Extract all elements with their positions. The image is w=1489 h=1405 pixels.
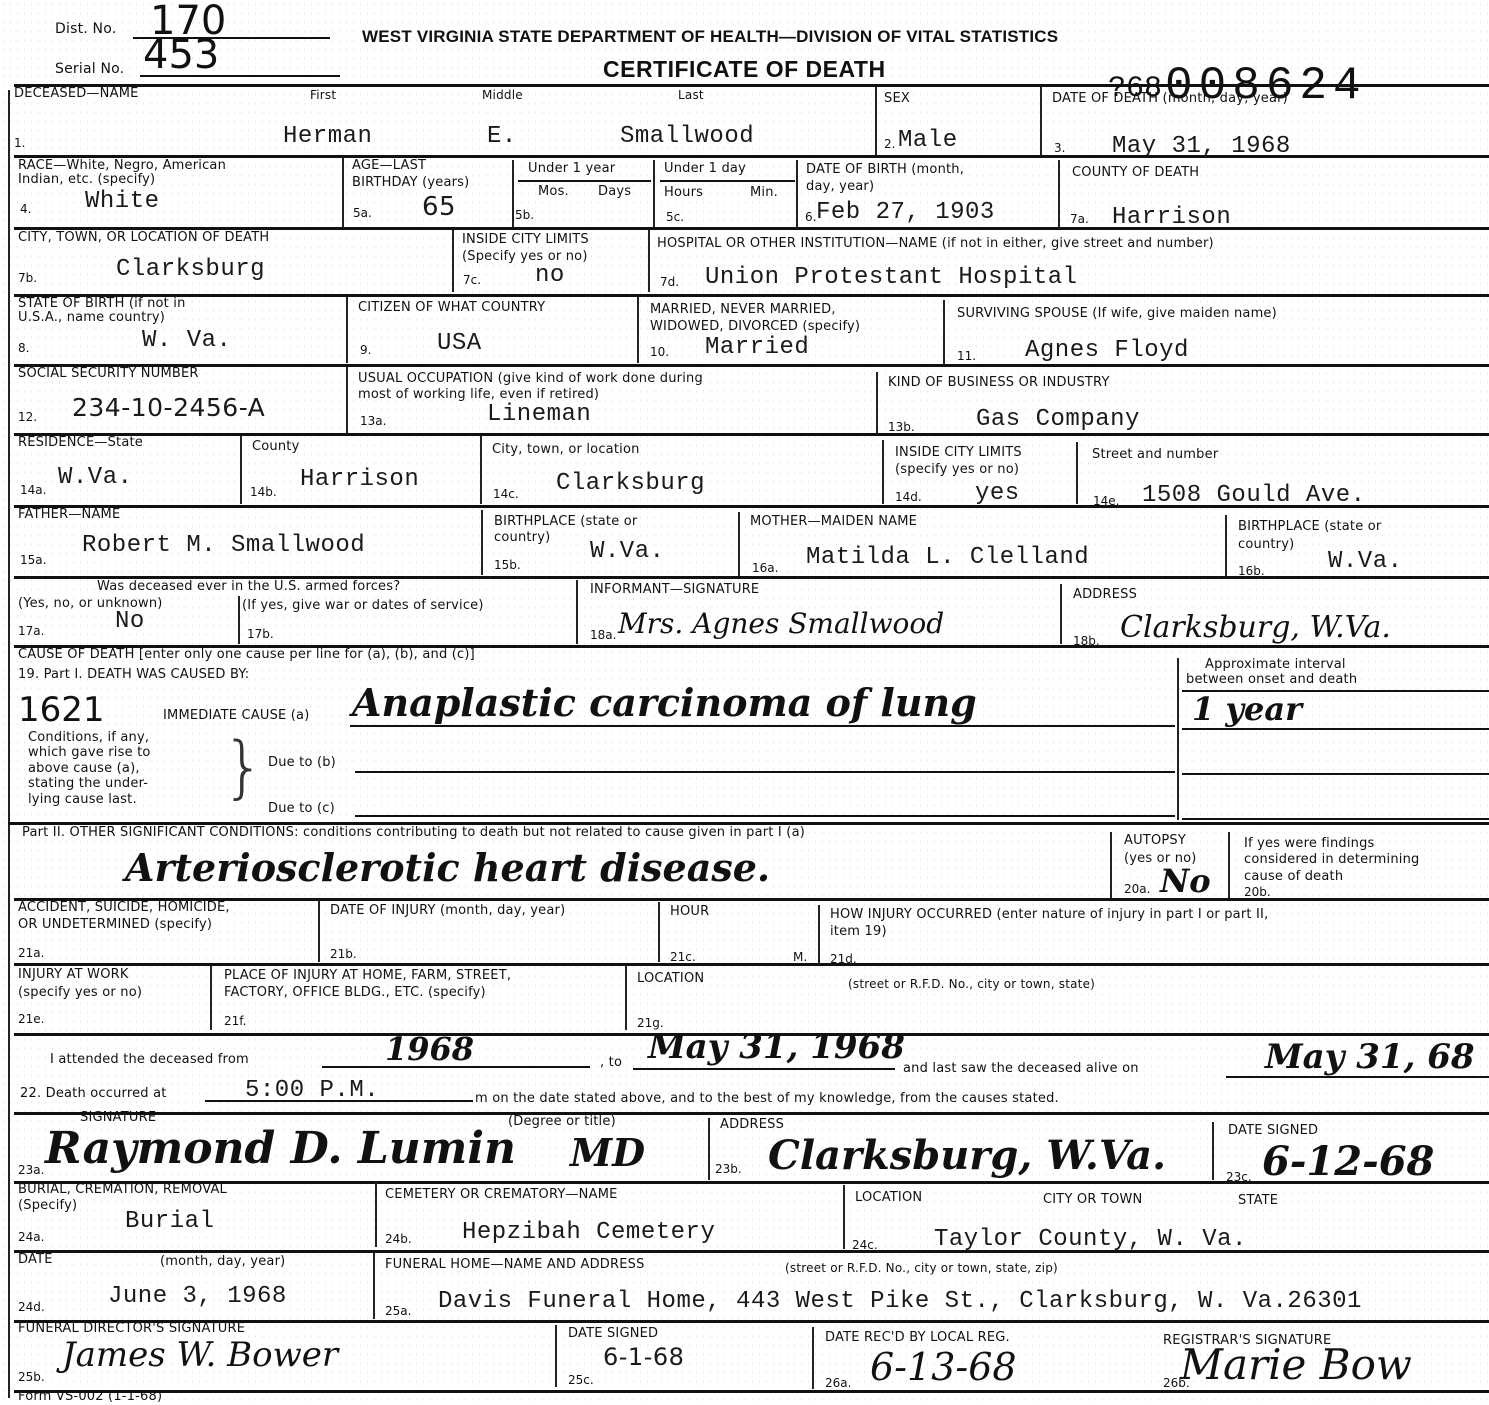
father-birthplace-field[interactable]: W.Va. bbox=[590, 538, 665, 565]
divider bbox=[658, 902, 660, 962]
divider bbox=[452, 230, 454, 292]
field-number: 24d. bbox=[18, 1300, 45, 1314]
place-of-injury-label: PLACE OF INJURY AT HOME, FARM, STREET, bbox=[224, 969, 511, 983]
city-of-death-label: CITY, TOWN, OR LOCATION OF DEATH bbox=[18, 231, 269, 245]
form-id: Form VS-002 (1-1-68) bbox=[18, 1390, 162, 1404]
informant-address-label: ADDRESS bbox=[1073, 588, 1137, 602]
physician-address-label: ADDRESS bbox=[720, 1118, 784, 1132]
divider bbox=[512, 160, 514, 228]
inside-city-limits-label-sub: (Specify yes or no) bbox=[462, 250, 588, 264]
hour-suffix: M. bbox=[793, 950, 807, 964]
field-number: 1. bbox=[14, 136, 25, 150]
frame-left bbox=[8, 90, 10, 1398]
injury-location-label: LOCATION bbox=[637, 972, 704, 986]
armed-forces-field[interactable]: No bbox=[115, 608, 145, 635]
field-number: 25b. bbox=[18, 1370, 45, 1384]
divider bbox=[210, 966, 212, 1030]
row-divider bbox=[14, 1112, 1489, 1115]
divider bbox=[818, 905, 820, 963]
brace-icon: } bbox=[222, 730, 265, 806]
race-label: RACE—White, Negro, American bbox=[18, 159, 226, 173]
field-number: 21f. bbox=[224, 1014, 246, 1028]
attended-text: I attended the deceased from bbox=[50, 1053, 249, 1067]
divider bbox=[1182, 773, 1489, 775]
last-name-field[interactable]: Smallwood bbox=[620, 123, 754, 150]
injury-at-work-label: INJURY AT WORK bbox=[18, 968, 129, 982]
field-number: 18a. bbox=[590, 628, 616, 642]
how-injury-label: HOW INJURY OCCURRED (enter nature of inj… bbox=[830, 908, 1268, 922]
conditions-note: stating the under- bbox=[28, 777, 148, 791]
burial-date-hint: (month, day, year) bbox=[160, 1255, 285, 1269]
business-field[interactable]: Gas Company bbox=[976, 406, 1140, 433]
cause-a-line bbox=[350, 725, 1175, 727]
immediate-cause-field[interactable]: Anaplastic carcinoma of lung bbox=[352, 680, 977, 725]
conditions-note: Conditions, if any, bbox=[28, 731, 149, 745]
under-1-day-label: Under 1 day bbox=[664, 162, 746, 176]
funeral-home-label: FUNERAL HOME—NAME AND ADDRESS bbox=[385, 1258, 645, 1272]
row-divider bbox=[14, 505, 1489, 508]
burial-state-label: STATE bbox=[1238, 1194, 1278, 1208]
findings-label: cause of death bbox=[1244, 870, 1343, 884]
age-label-sub: BIRTHDAY (years) bbox=[352, 176, 469, 190]
citizen-label: CITIZEN OF WHAT COUNTRY bbox=[358, 301, 545, 315]
injury-location-hint: (street or R.F.D. No., city or town, sta… bbox=[848, 978, 1095, 991]
sex-field[interactable]: Male bbox=[898, 127, 958, 154]
registrar-signature[interactable]: Marie Bow bbox=[1180, 1340, 1412, 1389]
field-number: 21e. bbox=[18, 1012, 44, 1026]
divider bbox=[625, 966, 627, 1030]
divider bbox=[843, 1185, 845, 1249]
field-number: 20a. bbox=[1124, 882, 1150, 896]
funeral-director-signature[interactable]: James W. Bower bbox=[62, 1335, 338, 1375]
autopsy-field[interactable]: No bbox=[1160, 862, 1211, 900]
how-injury-label-sub: item 19) bbox=[830, 925, 887, 939]
father-name-label: FATHER—NAME bbox=[18, 508, 120, 522]
field-number: 16a. bbox=[752, 561, 778, 575]
race-field[interactable]: White bbox=[85, 188, 160, 215]
field-number: 21a. bbox=[18, 946, 44, 960]
field-number: 14c. bbox=[493, 487, 519, 501]
death-time-field[interactable]: 5:00 P.M. bbox=[245, 1077, 379, 1104]
armed-forces-question: Was deceased ever in the U.S. armed forc… bbox=[97, 580, 400, 594]
physician-signature[interactable]: Raymond D. Lumin bbox=[45, 1123, 516, 1174]
serial-no-label: Serial No. bbox=[55, 62, 124, 76]
sex-label: SEX bbox=[884, 92, 910, 106]
marital-status-field[interactable]: Married bbox=[705, 334, 809, 361]
mother-name-label: MOTHER—MAIDEN NAME bbox=[750, 515, 917, 529]
divider bbox=[1060, 584, 1062, 644]
county-of-death-label: COUNTY OF DEATH bbox=[1072, 166, 1199, 180]
city-of-death-field[interactable]: Clarksburg bbox=[116, 256, 265, 283]
days-label: Days bbox=[598, 185, 631, 199]
residence-inside-limits-label: INSIDE CITY LIMITS bbox=[895, 446, 1022, 460]
citizen-field[interactable]: USA bbox=[437, 330, 482, 357]
first-name-field[interactable]: Herman bbox=[283, 123, 372, 150]
field-number: 5c. bbox=[666, 210, 684, 224]
state-of-birth-label: STATE OF BIRTH (if not in bbox=[18, 297, 186, 311]
row-divider bbox=[14, 294, 1489, 297]
field-number: 7b. bbox=[18, 271, 37, 285]
inside-city-limits-label: INSIDE CITY LIMITS bbox=[462, 233, 589, 247]
hours-label: Hours bbox=[664, 186, 703, 200]
divider bbox=[660, 180, 795, 182]
inside-city-limits-field[interactable]: no bbox=[535, 262, 565, 289]
last-label: Last bbox=[678, 89, 704, 102]
frame-top bbox=[14, 84, 1489, 87]
mother-name-field[interactable]: Matilda L. Clelland bbox=[806, 544, 1089, 571]
field-number: 17b. bbox=[247, 627, 274, 641]
divider bbox=[796, 160, 798, 228]
divider bbox=[882, 440, 884, 504]
field-number: 25a. bbox=[385, 1304, 411, 1318]
marital-status-label: MARRIED, NEVER MARRIED, bbox=[650, 303, 836, 317]
residence-county-field[interactable]: Harrison bbox=[300, 466, 419, 493]
date-of-birth-field[interactable]: Feb 27, 1903 bbox=[816, 199, 995, 226]
date-received-label: DATE REC'D BY LOCAL REG. bbox=[825, 1331, 1010, 1345]
divider bbox=[1177, 658, 1179, 820]
divider bbox=[342, 158, 344, 228]
field-number: 7d. bbox=[660, 275, 679, 289]
ssn-field[interactable]: 234-10-2456-A bbox=[72, 393, 265, 422]
interval-label: Approximate interval bbox=[1205, 658, 1346, 672]
field-number: 15a. bbox=[20, 553, 46, 567]
field-number: 6. bbox=[805, 210, 816, 224]
surviving-spouse-field[interactable]: Agnes Floyd bbox=[1025, 337, 1189, 364]
divider bbox=[346, 297, 348, 363]
field-number: 23b. bbox=[715, 1162, 742, 1176]
physician-date-signed-label: DATE SIGNED bbox=[1228, 1124, 1318, 1138]
divider bbox=[812, 1327, 814, 1389]
field-number: 5b. bbox=[515, 208, 534, 222]
divider bbox=[1040, 87, 1042, 155]
divider bbox=[653, 160, 655, 228]
mother-birthplace-field[interactable]: W.Va. bbox=[1328, 548, 1403, 575]
physician-address-field[interactable]: Clarksburg, W.Va. bbox=[768, 1132, 1166, 1179]
father-birthplace-label-sub: country) bbox=[494, 531, 550, 545]
cause-b-line[interactable] bbox=[355, 771, 1175, 773]
row-divider bbox=[14, 364, 1489, 367]
divider bbox=[1212, 1122, 1214, 1180]
date-received-field[interactable]: 6-13-68 bbox=[870, 1345, 1017, 1389]
date-of-death-label: DATE OF DEATH (month, day, year) bbox=[1052, 92, 1288, 106]
part-1-label: 19. Part I. DEATH WAS CAUSED BY: bbox=[18, 668, 249, 682]
burial-date-field[interactable]: June 3, 1968 bbox=[108, 1283, 287, 1310]
field-number: 21b. bbox=[330, 947, 357, 961]
residence-city-field[interactable]: Clarksburg bbox=[556, 470, 705, 497]
field-number: 23a. bbox=[18, 1163, 44, 1177]
residence-county-label: County bbox=[252, 440, 300, 454]
accident-label: ACCIDENT, SUICIDE, HOMICIDE, bbox=[18, 901, 230, 915]
field-number: 2. bbox=[884, 137, 895, 151]
father-birthplace-label: BIRTHPLACE (state or bbox=[494, 515, 637, 529]
divider bbox=[240, 436, 242, 504]
conditions-note: above cause (a), bbox=[28, 762, 140, 776]
hospital-label: HOSPITAL OR OTHER INSTITUTION—NAME (if n… bbox=[657, 237, 1214, 251]
field-number: 13a. bbox=[360, 414, 386, 428]
field-number: 24b. bbox=[385, 1232, 412, 1246]
deceased-name-label: DECEASED—NAME bbox=[14, 87, 139, 101]
field-number: 24a. bbox=[18, 1230, 44, 1244]
degree-label: (Degree or title) bbox=[508, 1115, 616, 1129]
divider bbox=[373, 1252, 375, 1319]
divider bbox=[876, 372, 878, 434]
age-field[interactable]: 65 bbox=[422, 192, 456, 222]
divider bbox=[1110, 832, 1112, 898]
state-of-birth-field[interactable]: W. Va. bbox=[142, 327, 231, 354]
field-number: 14b. bbox=[250, 485, 277, 499]
to-text: , to bbox=[600, 1056, 622, 1070]
row-divider bbox=[14, 1250, 1489, 1253]
row-divider bbox=[14, 155, 1489, 158]
divider bbox=[1182, 728, 1489, 730]
funeral-home-hint: (street or R.F.D. No., city or town, sta… bbox=[785, 1262, 1058, 1275]
divider bbox=[637, 297, 639, 363]
divider bbox=[346, 367, 348, 433]
middle-name-field[interactable]: E. bbox=[487, 123, 517, 150]
date-of-injury-label: DATE OF INJURY (month, day, year) bbox=[330, 904, 565, 918]
mother-birthplace-label-sub: country) bbox=[1238, 538, 1294, 552]
divider bbox=[1058, 160, 1060, 228]
row-divider bbox=[14, 1390, 1489, 1393]
serial-no-value: 453 bbox=[143, 32, 219, 78]
field-number: 12. bbox=[18, 410, 37, 424]
due-to-b-label: Due to (b) bbox=[268, 756, 336, 770]
war-service-label: (If yes, give war or dates of service) bbox=[242, 599, 484, 613]
residence-inside-limits-label-sub: (specify yes or no) bbox=[895, 463, 1019, 477]
residence-state-field[interactable]: W.Va. bbox=[58, 464, 133, 491]
informant-address-field[interactable]: Clarksburg, W.Va. bbox=[1120, 610, 1391, 645]
date-of-birth-label-sub: day, year) bbox=[806, 180, 874, 194]
row-divider bbox=[14, 433, 1489, 436]
months-label: Mos. bbox=[538, 185, 569, 199]
field-number: 8. bbox=[18, 341, 29, 355]
field-number: 26a. bbox=[825, 1376, 851, 1390]
divider bbox=[318, 900, 320, 962]
field-number: 21c. bbox=[670, 950, 696, 964]
field-number: 13b. bbox=[888, 420, 915, 434]
row-divider bbox=[14, 898, 1489, 901]
field-number: 7a. bbox=[1070, 212, 1089, 226]
degree-field[interactable]: MD bbox=[570, 1130, 645, 1175]
field-number: 17a. bbox=[18, 624, 44, 638]
divider bbox=[1228, 832, 1230, 898]
disposition-field[interactable]: Burial bbox=[125, 1208, 214, 1235]
field-number: 20b. bbox=[1244, 885, 1271, 899]
agency-title: WEST VIRGINIA STATE DEPARTMENT OF HEALTH… bbox=[362, 27, 1058, 47]
divider bbox=[576, 580, 578, 644]
cemetery-label: CEMETERY OR CREMATORY—NAME bbox=[385, 1188, 618, 1202]
part-2-label: Part II. OTHER SIGNIFICANT CONDITIONS: c… bbox=[22, 826, 805, 840]
certificate-title: CERTIFICATE OF DEATH bbox=[603, 56, 886, 83]
mother-birthplace-label: BIRTHPLACE (state or bbox=[1238, 520, 1381, 534]
divider bbox=[943, 300, 945, 364]
cause-code: 1621 bbox=[18, 690, 105, 730]
physician-date-signed-field[interactable]: 6-12-68 bbox=[1262, 1138, 1434, 1185]
business-label: KIND OF BUSINESS OR INDUSTRY bbox=[888, 376, 1110, 390]
field-number: 10. bbox=[650, 345, 669, 359]
due-to-c-label: Due to (c) bbox=[268, 802, 335, 816]
divider bbox=[875, 87, 877, 155]
field-number: 11. bbox=[957, 349, 976, 363]
attended-from-field[interactable]: 1968 bbox=[385, 1030, 474, 1068]
divider bbox=[708, 1118, 710, 1180]
director-date-signed-label: DATE SIGNED bbox=[568, 1327, 658, 1341]
residence-inside-limits-field[interactable]: yes bbox=[975, 480, 1020, 507]
disposition-label-sub: (Specify) bbox=[18, 1199, 77, 1213]
field-number: 14d. bbox=[895, 490, 922, 504]
hospital-field[interactable]: Union Protestant Hospital bbox=[705, 264, 1078, 291]
divider bbox=[555, 1325, 557, 1387]
divider bbox=[1076, 442, 1078, 504]
under-1-year-label: Under 1 year bbox=[528, 162, 615, 176]
minutes-label: Min. bbox=[750, 186, 778, 200]
other-conditions-field[interactable]: Arteriosclerotic heart disease. bbox=[125, 845, 770, 890]
row-divider bbox=[14, 1181, 1489, 1184]
dist-no-label: Dist. No. bbox=[55, 22, 116, 36]
burial-location-label: LOCATION bbox=[855, 1191, 922, 1205]
ssn-label: SOCIAL SECURITY NUMBER bbox=[18, 367, 199, 381]
serial-no-underline bbox=[140, 75, 340, 77]
informant-signature[interactable]: Mrs. Agnes Smallwood bbox=[618, 607, 944, 640]
occupation-label-sub: most of working life, even if retired) bbox=[358, 388, 599, 402]
interval-field[interactable]: 1 year bbox=[1192, 690, 1302, 728]
residence-city-label: City, town, or location bbox=[492, 443, 640, 457]
occupation-field[interactable]: Lineman bbox=[487, 401, 591, 428]
father-name-field[interactable]: Robert M. Smallwood bbox=[82, 532, 365, 559]
middle-label: Middle bbox=[482, 89, 523, 102]
immediate-cause-label: IMMEDIATE CAUSE (a) bbox=[163, 709, 310, 723]
divider bbox=[738, 512, 740, 576]
findings-label: considered in determining bbox=[1244, 853, 1419, 867]
field-number: 5a. bbox=[353, 206, 372, 220]
field-number: 14a. bbox=[20, 483, 46, 497]
conditions-note: which gave rise to bbox=[28, 746, 151, 760]
residence-state-label: RESIDENCE—State bbox=[18, 436, 143, 450]
field-number: 25c. bbox=[568, 1373, 594, 1387]
cause-c-line[interactable] bbox=[355, 815, 1175, 817]
burial-date-label: DATE bbox=[18, 1253, 53, 1267]
field-number: 9. bbox=[360, 343, 371, 357]
divider bbox=[238, 596, 240, 644]
cemetery-field[interactable]: Hepzibah Cemetery bbox=[462, 1219, 715, 1246]
marital-status-label-sub: WIDOWED, DIVORCED (specify) bbox=[650, 320, 860, 334]
director-date-signed-field[interactable]: 6-1-68 bbox=[603, 1343, 684, 1371]
disposition-label: BURIAL, CREMATION, REMOVAL bbox=[18, 1183, 227, 1197]
divider bbox=[648, 230, 650, 292]
surviving-spouse-label: SURVIVING SPOUSE (If wife, give maiden n… bbox=[957, 307, 1277, 321]
accident-label-sub: OR UNDETERMINED (specify) bbox=[18, 918, 212, 932]
interval-label-sub: between onset and death bbox=[1186, 673, 1357, 687]
divider bbox=[480, 436, 482, 504]
divider bbox=[375, 1182, 377, 1247]
autopsy-label: AUTOPSY bbox=[1124, 834, 1186, 848]
age-label: AGE—LAST bbox=[352, 159, 426, 173]
funeral-director-label: FUNERAL DIRECTOR'S SIGNATURE bbox=[18, 1322, 245, 1336]
divider bbox=[1182, 818, 1489, 820]
injury-at-work-label-sub: (specify yes or no) bbox=[18, 986, 142, 1000]
cause-of-death-label: CAUSE OF DEATH [enter only one cause per… bbox=[18, 648, 475, 662]
death-occurred-text: 22. Death occurred at bbox=[20, 1087, 167, 1101]
death-statement-text: m on the date stated above, and to the b… bbox=[475, 1092, 1059, 1106]
occupation-label: USUAL OCCUPATION (give kind of work done… bbox=[358, 372, 703, 386]
street-label: Street and number bbox=[1092, 448, 1218, 462]
divider bbox=[518, 180, 651, 182]
place-of-injury-label-sub: FACTORY, OFFICE BLDG., ETC. (specify) bbox=[224, 986, 486, 1000]
date-of-birth-label: DATE OF BIRTH (month, bbox=[806, 163, 964, 177]
field-number: 3. bbox=[1054, 141, 1065, 155]
state-of-birth-label-sub: U.S.A., name country) bbox=[18, 311, 165, 325]
funeral-home-field[interactable]: Davis Funeral Home, 443 West Pike St., C… bbox=[438, 1288, 1362, 1315]
field-number: 7c. bbox=[463, 273, 481, 287]
field-number: 15b. bbox=[494, 558, 521, 572]
conditions-note: lying cause last. bbox=[28, 793, 137, 807]
row-divider bbox=[14, 963, 1489, 966]
first-label: First bbox=[310, 89, 336, 102]
last-saw-text: and last saw the deceased alive on bbox=[903, 1062, 1139, 1076]
divider bbox=[1225, 515, 1227, 577]
field-number: 4. bbox=[20, 202, 31, 216]
findings-label: If yes were findings bbox=[1244, 837, 1375, 851]
informant-label: INFORMANT—SIGNATURE bbox=[590, 583, 759, 597]
last-saw-field[interactable]: May 31, 68 bbox=[1265, 1037, 1475, 1077]
attended-to-field[interactable]: May 31, 1968 bbox=[648, 1027, 905, 1067]
hour-label: HOUR bbox=[670, 905, 709, 919]
burial-location-field[interactable]: Taylor County, W. Va. bbox=[934, 1226, 1247, 1253]
race-label-sub: Indian, etc. (specify) bbox=[18, 173, 155, 187]
attended-to-line bbox=[633, 1068, 895, 1070]
burial-city-label: CITY OR TOWN bbox=[1043, 1193, 1142, 1207]
divider bbox=[481, 510, 483, 575]
